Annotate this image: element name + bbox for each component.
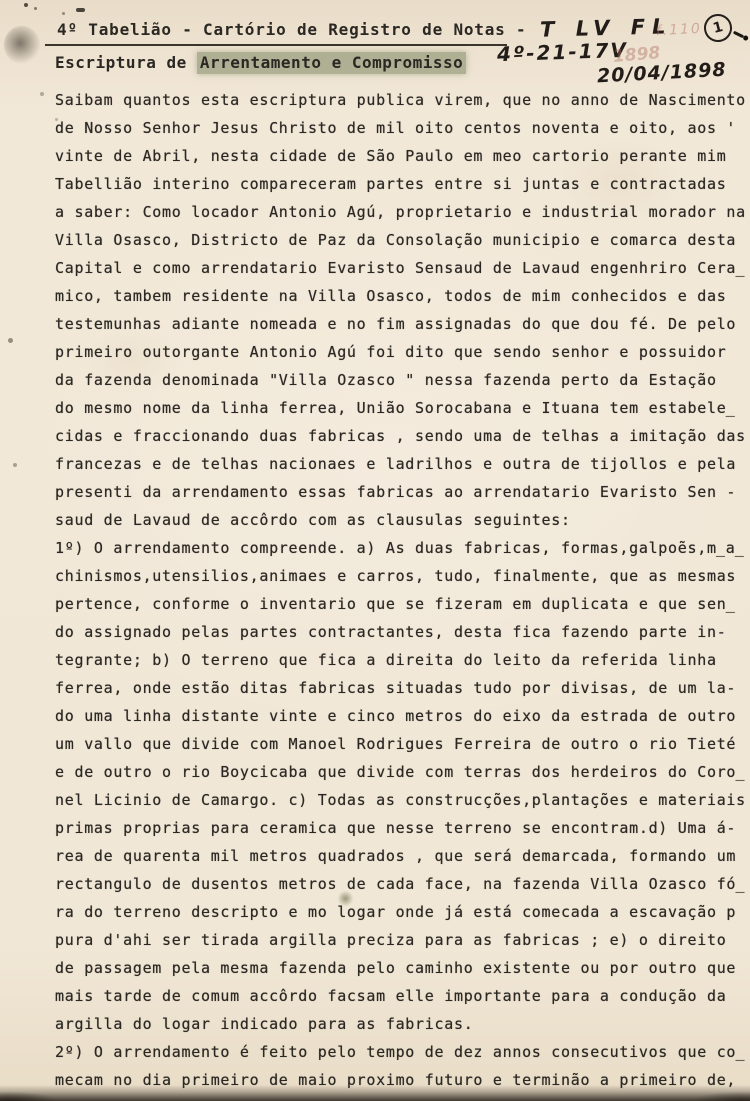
- paper-speck: [34, 7, 37, 10]
- document-line: Villa Osasco, Districto de Paz da Consol…: [55, 226, 727, 254]
- document-line: ra do terreno descripto e mo logar onde …: [55, 898, 727, 926]
- document-line: rea de quarenta mil metros quadrados , q…: [55, 842, 727, 870]
- document-line: saud de Lavaud de accôrdo com as clausul…: [55, 506, 727, 534]
- document-line: Tabellião interino compareceram partes e…: [55, 170, 727, 198]
- document-body: Saibam quantos esta escriptura publica v…: [55, 86, 727, 1094]
- document-line: Saibam quantos esta escriptura publica v…: [55, 86, 727, 114]
- document-line: 1º) O arrendamento compreende. a) As dua…: [55, 534, 727, 562]
- document-line: mico, tambem residente na Villa Osasco, …: [55, 282, 727, 310]
- document-line: do assignado pelas partes contractantes,…: [55, 618, 727, 646]
- subtitle-prefix: Escriptura de: [55, 53, 197, 72]
- document-line: da fazenda denominada "Villa Ozasco " ne…: [55, 366, 727, 394]
- typed-title: 4º Tabelião - Cartório de Registro de No…: [57, 20, 526, 39]
- document-line: um vallo que divide com Manoel Rodrigues…: [55, 730, 727, 758]
- ink-stain: [4, 26, 40, 64]
- document-line: a saber: Como locador Antonio Agú, propr…: [55, 198, 727, 226]
- document-line: nel Licinio de Camargo. c) Todas as cons…: [55, 786, 727, 814]
- document-line: do mesmo nome da linha ferrea, União Sor…: [55, 394, 727, 422]
- page-number-circle: 1: [701, 11, 735, 45]
- document-line: do uma linha distante vinte e cinco metr…: [55, 702, 727, 730]
- paper-speck: [62, 12, 65, 15]
- document-line: mecam no dia primeiro de maio proximo fu…: [55, 1066, 727, 1094]
- document-line: pertence, conforme o inventario que se f…: [55, 590, 727, 618]
- document-line: e de outro o rio Boycicaba que divide co…: [55, 758, 727, 786]
- document-line: rectangulo de dusentos metros de cada fa…: [55, 870, 727, 898]
- paper-speck: [8, 338, 13, 343]
- document-line: primas proprias para ceramica que nesse …: [55, 814, 727, 842]
- document-line: mais tarde de comum accôrdo facsam elle …: [55, 982, 727, 1010]
- document-subtitle: Escriptura de Arrentamento e Compromisso: [55, 53, 466, 72]
- document-line: Capital e como arrendatario Evaristo Sen…: [55, 254, 727, 282]
- handwritten-book-reference: 4º-21-17V: [497, 38, 629, 67]
- pen-mark: [733, 31, 744, 39]
- document-line: argilla do logar indicado para as fabric…: [55, 1010, 727, 1038]
- faint-stamp: f.110: [656, 21, 703, 39]
- document-line: tegrante; b) O terreno que fica a direit…: [55, 646, 727, 674]
- document-line: testemunhas adiante nomeada e no fim ass…: [55, 310, 727, 338]
- document-line: 2º) O arrendamento é feito pelo tempo de…: [55, 1038, 727, 1066]
- document-line: pura d'ahi ser tirada argilla preciza pa…: [55, 926, 727, 954]
- document-line: de Nosso Senhor Jesus Christo de mil oit…: [55, 114, 727, 142]
- title-underline: [45, 44, 507, 46]
- document-line: ferrea, onde estão ditas fabricas situad…: [55, 674, 727, 702]
- paper-speck: [13, 463, 17, 467]
- document-line: primeiro outorgante Antonio Agú foi dito…: [55, 338, 727, 366]
- document-line: vinte de Abril, nesta cidade de São Paul…: [55, 142, 727, 170]
- paper-speck: [24, 3, 28, 7]
- paper-speck: [76, 8, 85, 12]
- scanned-document-page: 4º Tabelião - Cartório de Registro de No…: [0, 0, 750, 1101]
- document-line: cidas e fraccionando duas fabricas , sen…: [55, 422, 727, 450]
- document-line: de passagem pela mesma fazenda pelo cami…: [55, 954, 727, 982]
- document-line: presenti da arrendamento essas fabricas …: [55, 478, 727, 506]
- document-line: francezas e de telhas nacionaes e ladril…: [55, 450, 727, 478]
- document-line: chinismos,utensilios,animaes e carros, t…: [55, 562, 727, 590]
- paper-speck: [40, 92, 44, 96]
- subtitle-highlight: Arrentamento e Compromisso: [197, 52, 466, 74]
